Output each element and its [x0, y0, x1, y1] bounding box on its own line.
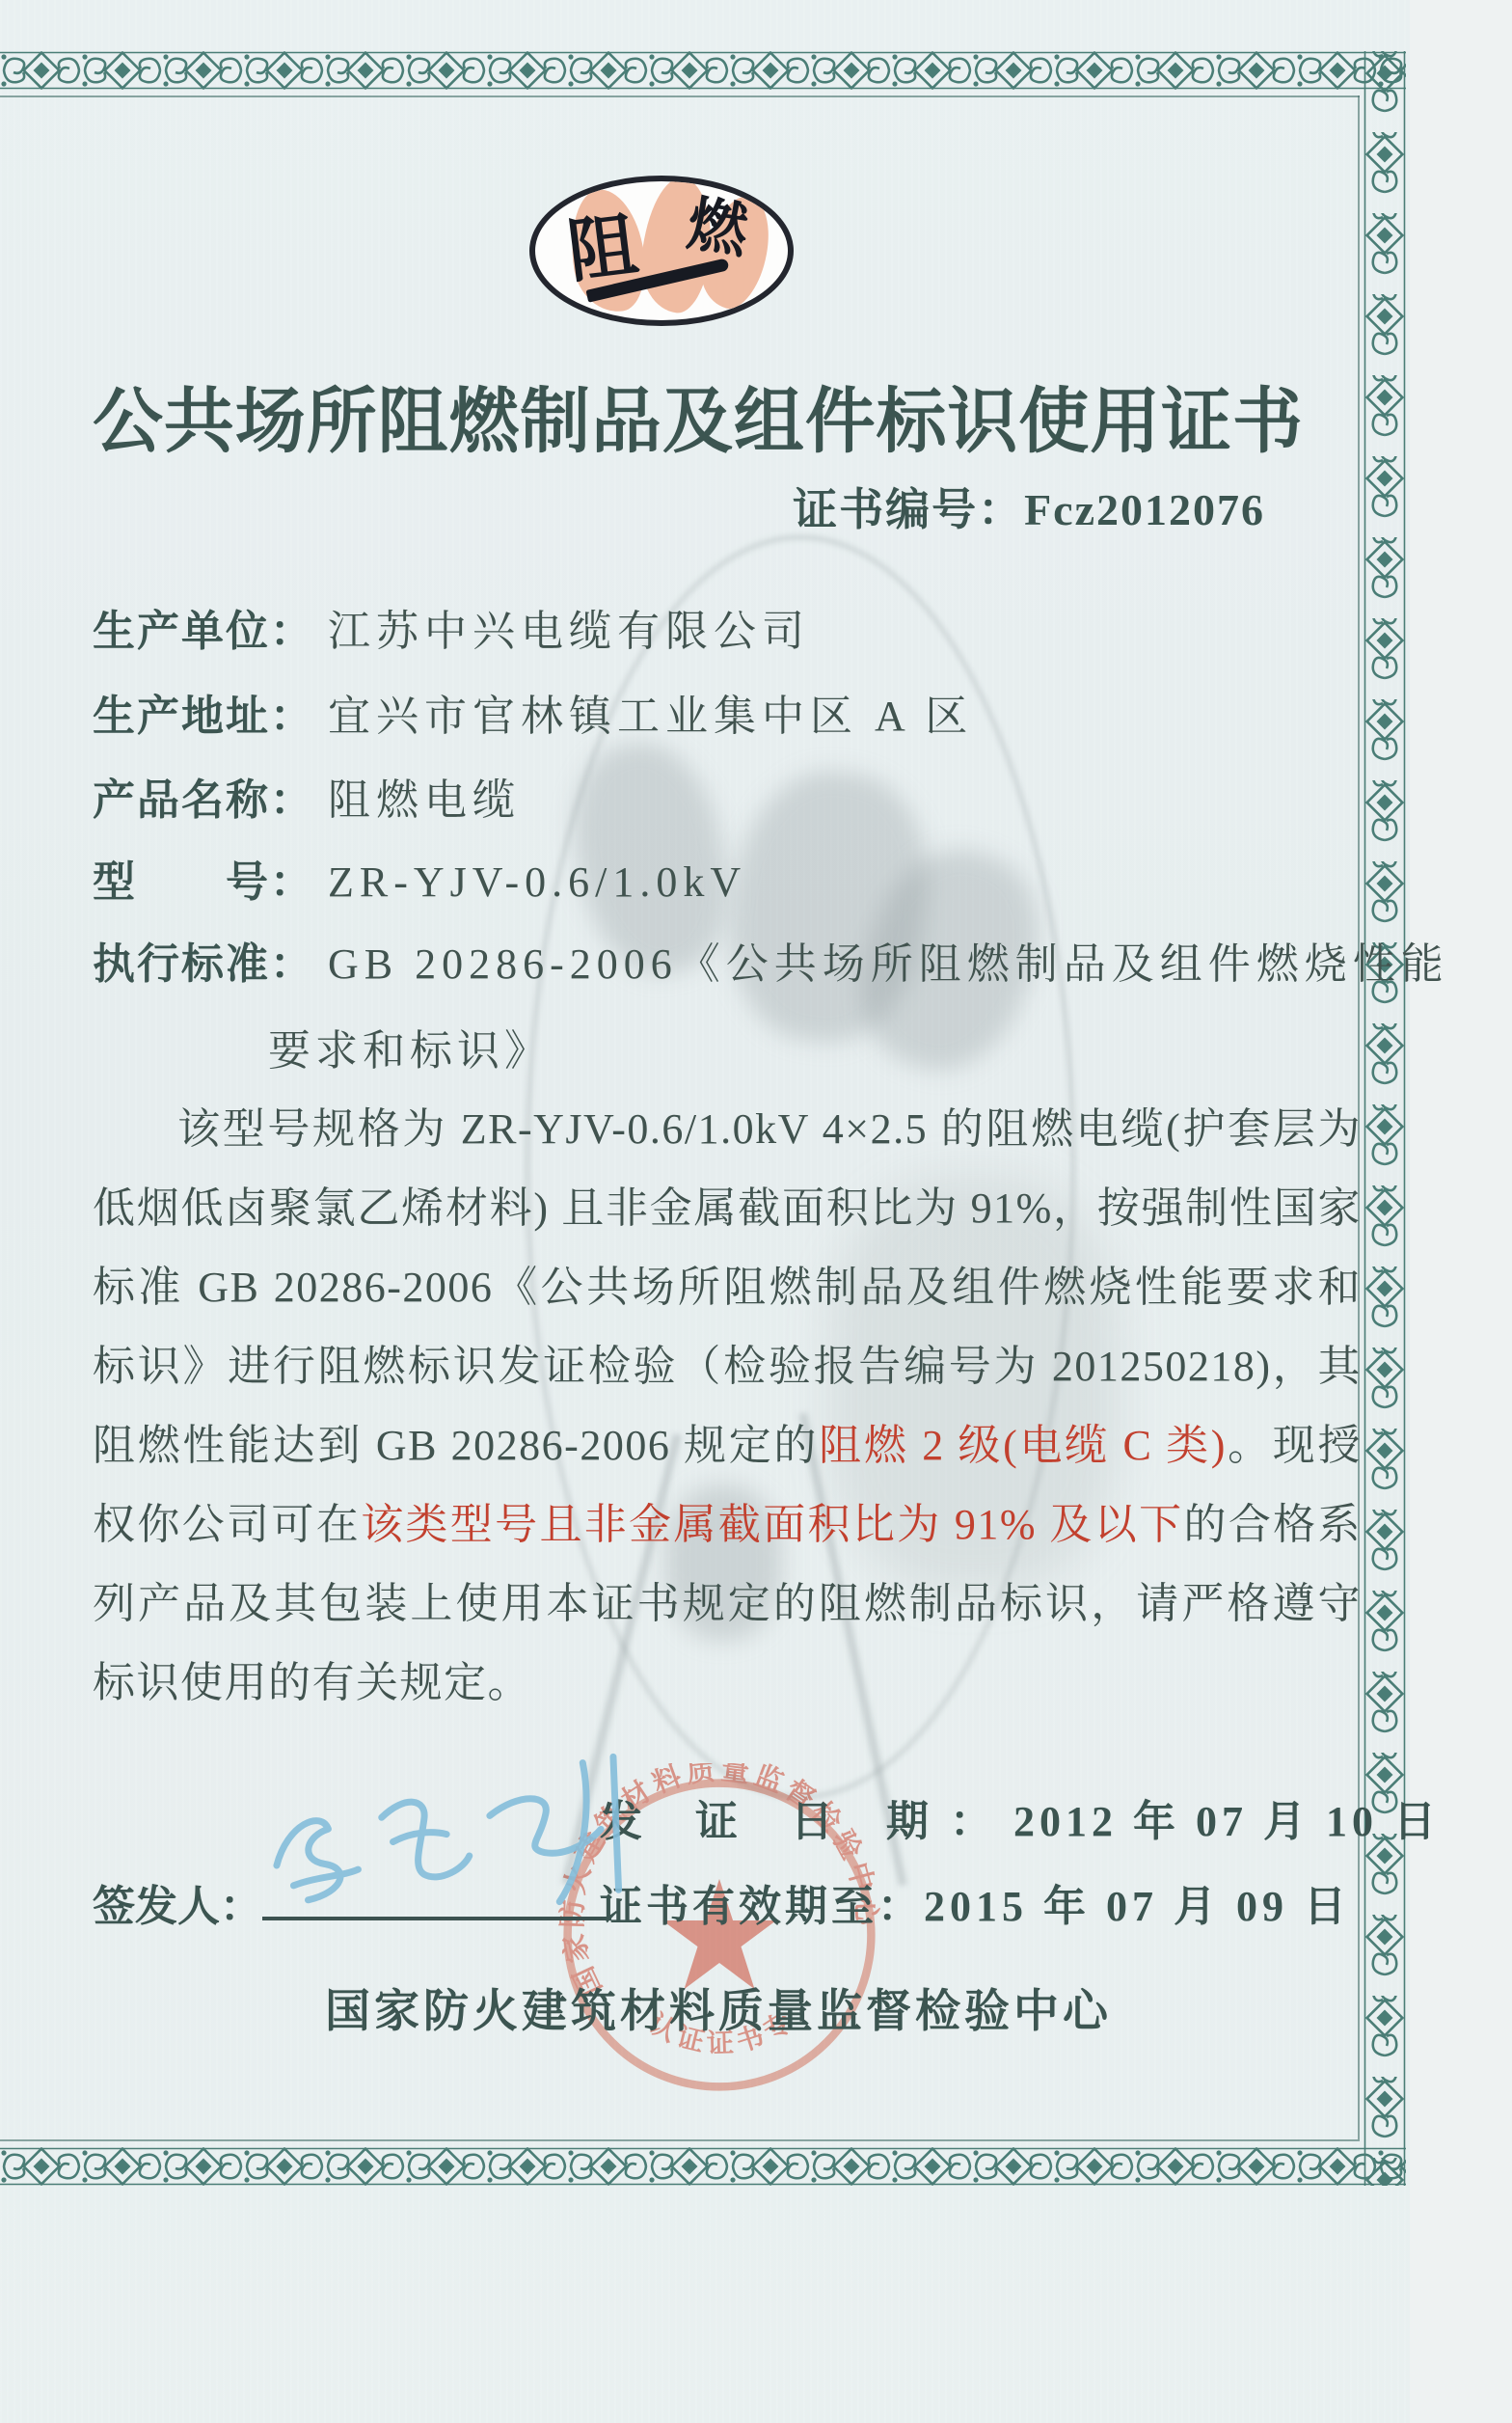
field-value: ZR-YJV-0.6/1.0kV [328, 858, 746, 906]
valid-until-row: 证书有效期至：2015 年 07 月 09 日 [600, 1871, 1351, 1933]
signer-label: 签发人： [93, 1883, 262, 1930]
ornamental-border-right [1363, 51, 1406, 2186]
issue-date-label: 发 证 日 期： [600, 1798, 1013, 1845]
field-label: 产品名称： [93, 776, 314, 824]
certificate-number-label: 证书编号： [793, 485, 1024, 534]
inner-frame-line-bottom [0, 2139, 1360, 2141]
paragraph-segment: 该类型号且非金属截面积比为 91% 及以下 [361, 1501, 1183, 1548]
signature-handwriting [243, 1744, 640, 1948]
issue-date-row: 发 证 日 期：2012 年 07 月 10 日 [600, 1786, 1441, 1848]
field-product-name: 产品名称：阻燃电缆 [93, 765, 521, 827]
paragraph-segment: 该型号规格为 ZR-YJV-0.6/1.0kV 4×2.5 的阻燃电缆(护套层为… [93, 1105, 1362, 1469]
certificate-body-paragraph: 该型号规格为 ZR-YJV-0.6/1.0kV 4×2.5 的阻燃电缆(护套层为… [93, 1090, 1362, 1723]
certificate-number-value: Fcz2012076 [1024, 485, 1265, 534]
field-value: 江苏中兴电缆有限公司 [328, 608, 810, 655]
field-value: GB 20286-2006《公共场所阻燃制品及组件燃烧性能 [328, 940, 1449, 988]
field-label: 生产地址： [93, 693, 314, 740]
certificate-number-line: 证书编号：Fcz2012076 [793, 475, 1265, 538]
field-model: 型 号：ZR-YJV-0.6/1.0kV [93, 847, 746, 909]
issue-date-value: 2012 年 07 月 10 日 [1013, 1798, 1441, 1845]
valid-until-value: 2015 年 07 月 09 日 [924, 1883, 1351, 1930]
scan-right-margin [1410, 0, 1512, 2423]
field-address: 生产地址：宜兴市官林镇工业集中区 A 区 [93, 681, 973, 743]
certificate-page: { "colors":{ "border":"#4a7d76","title":… [0, 0, 1512, 2423]
flame-retardant-logo: 阻 燃 [529, 176, 794, 326]
field-standard: 执行标准：GB 20286-2006《公共场所阻燃制品及组件燃烧性能 [93, 929, 1449, 991]
logo-char-zu: 阻 [564, 210, 641, 287]
field-value: 阻燃电缆 [328, 776, 521, 824]
paragraph-segment: 阻燃 2 级(电缆 C 类) [819, 1422, 1227, 1469]
certificate-title: 公共场所阻燃制品及组件标识使用证书 [93, 365, 1342, 467]
inner-frame-line-top [0, 95, 1360, 97]
field-value: 宜兴市官林镇工业集中区 A 区 [328, 693, 973, 740]
field-manufacturer: 生产单位：江苏中兴电缆有限公司 [93, 596, 810, 658]
field-label: 型 号： [93, 858, 314, 906]
ornamental-border-bottom [0, 2147, 1406, 2186]
logo-char-ran: 燃 [684, 195, 752, 263]
valid-until-label: 证书有效期至： [600, 1883, 924, 1930]
field-label: 生产单位： [93, 608, 314, 655]
issuing-authority: 国家防火建筑材料质量监督检验中心 [92, 1975, 1345, 2040]
field-standard-continuation: 要求和标识》 [268, 1016, 552, 1077]
field-label: 执行标准： [93, 940, 314, 988]
ornamental-border-top [0, 51, 1406, 90]
